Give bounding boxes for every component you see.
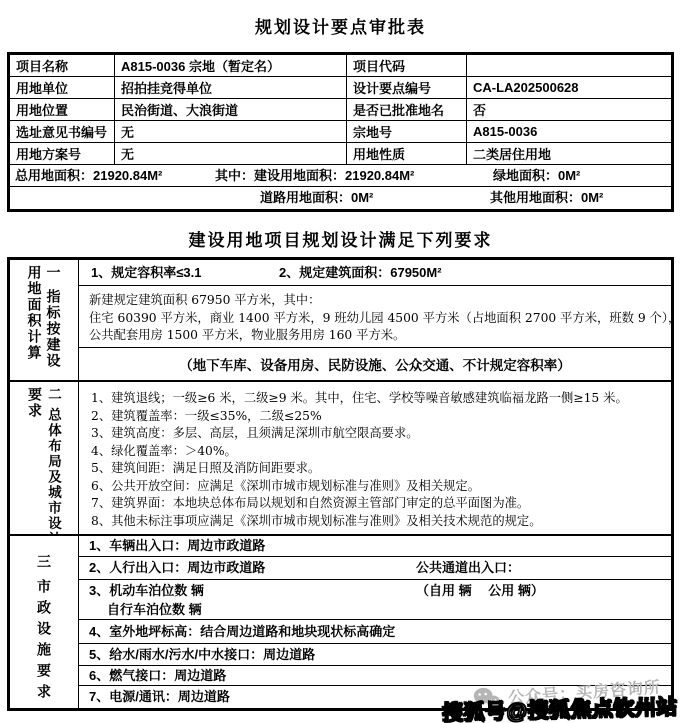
row-label: 项目名称 (10, 55, 115, 76)
row-text: 6、燃气接口：周边道路 (89, 666, 226, 685)
plot-ratio: 1、规定容积率≤3.1 (91, 260, 201, 285)
section-2-header-side: 要求 (27, 387, 43, 419)
water-interface-row: 5、给水/雨水/污水/中水接口：周边道路 (79, 644, 671, 666)
page-title: 规划设计要点审批表 (0, 0, 681, 38)
section-number: 三 (36, 554, 52, 575)
document-page: 规划设计要点审批表 项目名称 A815-0036 宗地（暂定名） 项目代码 用地… (0, 0, 681, 723)
other-area: 其他用地面积：0M² (490, 187, 603, 208)
row-value: 二类居住用地 (467, 143, 671, 164)
requirements-table: 用地面积计算 一指标按建设 1、规定容积率≤3.1 2、规定建筑面积：67950… (7, 257, 674, 711)
row-value: 民治街道、大浪街道 (115, 99, 347, 120)
table-row: 用地位置 民治街道、大浪街道 是否已批准地名 否 (10, 99, 671, 121)
requirement-line: 2、建筑覆盖率：一级≤35%，二级≤25% (91, 408, 659, 426)
row-text: 7、电源/通讯：周边道路 (89, 686, 230, 707)
pedestrian-entrance-row: 2、人行出入口：周边市政道路 公共通道出入口： (79, 557, 671, 580)
row-text: 1、车辆出入口：周边市政道路 (89, 536, 265, 556)
row-label: 用地单位 (10, 77, 115, 98)
row-label: 宗地号 (347, 121, 467, 142)
row-value: 否 (467, 99, 671, 120)
section-2-header-main: 二总体布局及城市设计 (46, 387, 61, 534)
section-2-body: 1、建筑退线；一级≥6 米，二级≥9 米。其中，住宅、学校等噪音敏感建筑临福龙路… (79, 382, 671, 534)
row-value: A815-0036 (467, 121, 671, 142)
table-row: 选址意见书编号 无 宗地号 A815-0036 (10, 121, 671, 143)
project-info-table: 项目名称 A815-0036 宗地（暂定名） 项目代码 用地单位 招拍挂竞得单位… (7, 52, 674, 212)
row-value: 招拍挂竞得单位 (115, 77, 347, 98)
row-label: 设计要点编号 (347, 77, 467, 98)
detail-line: 新建规定建筑面积 67950 平方米，其中： (89, 292, 661, 310)
row-value (467, 55, 671, 76)
total-area: 总用地面积：21920.84M² (15, 165, 162, 186)
row-label: 选址意见书编号 (10, 121, 115, 142)
construction-area: 其中：建设用地面积：21920.84M² (215, 165, 414, 186)
section-layout-urban-design: 要求 二总体布局及城市设计 1、建筑退线；一级≥6 米，二级≥9 米。其中，住宅… (10, 382, 671, 536)
requirement-line: 3、建筑高度：多层、高层，且须满足深圳市航空限高要求。 (91, 425, 659, 443)
green-area: 绿地面积：0M² (493, 165, 580, 186)
requirement-line: 6、公共开放空间：应满足《深圳市城市规划标准与准则》及相关规定。 (91, 478, 659, 496)
exclusion-note: （地下车库、设备用房、民防设施、公众交通、不计规定容积率） (79, 348, 671, 380)
table-row: 用地单位 招拍挂竞得单位 设计要点编号 CA-LA202500628 (10, 77, 671, 99)
row-value: A815-0036 宗地（暂定名） (115, 55, 347, 76)
row-text: 3、机动车泊位数 辆 (89, 581, 204, 601)
building-area-detail: 新建规定建筑面积 67950 平方米，其中： 住宅 60390 平方米，商业 1… (79, 286, 671, 348)
row-extra: （自用 辆 公用 辆） (416, 581, 544, 601)
row-text: 4、室外地坪标高：结合周边道路和地块现状标高确定 (89, 620, 395, 643)
requirement-line: 5、建筑间距：满足日照及消防间距要求。 (91, 460, 659, 478)
requirements-title: 建设用地项目规划设计满足下列要求 (0, 226, 681, 251)
row-label: 用地位置 (10, 99, 115, 120)
ground-elevation-row: 4、室外地坪标高：结合周边道路和地块现状标高确定 (79, 620, 671, 644)
row-text: 5、给水/雨水/污水/中水接口：周边道路 (89, 644, 315, 665)
section-label: 指标按建设 (46, 289, 62, 369)
table-row: 项目名称 A815-0036 宗地（暂定名） 项目代码 (10, 55, 671, 77)
row-label: 用地方案号 (10, 143, 115, 164)
section-1-header-main: 一指标按建设 (46, 265, 62, 369)
row-value: 无 (115, 143, 347, 164)
parking-row: 3、机动车泊位数 辆 （自用 辆 公用 辆） 自行车泊位数 辆 (79, 580, 671, 620)
table-row: 用地方案号 无 用地性质 二类居住用地 (10, 143, 671, 165)
row-label: 用地性质 (347, 143, 467, 164)
row-label: 项目代码 (347, 55, 467, 76)
row-subtext: 自行车泊位数 辆 (107, 600, 202, 620)
requirement-line: 1、建筑退线；一级≥6 米，二级≥9 米。其中，住宅、学校等噪音敏感建筑临福龙路… (91, 390, 659, 408)
section-1-body: 1、规定容积率≤3.1 2、规定建筑面积：67950M² 新建规定建筑面积 67… (79, 260, 671, 380)
row-label: 是否已批准地名 (347, 99, 467, 120)
section-label: 市政设施要求 (36, 579, 52, 705)
row-extra: 公共通道出入口： (416, 557, 520, 579)
row-value: 无 (115, 121, 347, 142)
section-number: 二 (46, 387, 61, 403)
section-number: 一 (46, 265, 62, 281)
sohu-watermark: 搜狐号@搜狐焦点钦州站 (442, 691, 679, 723)
section-3-header: 三市政设施要求 (10, 536, 79, 708)
vehicle-entrance-row: 1、车辆出入口：周边市政道路 (79, 536, 671, 557)
area-row-1: 总用地面积：21920.84M² 其中：建设用地面积：21920.84M² 绿地… (10, 165, 671, 187)
row-text: 2、人行出入口：周边市政道路 (89, 557, 265, 579)
section-2-header: 要求 二总体布局及城市设计 (10, 382, 79, 534)
section-1-header: 用地面积计算 一指标按建设 (10, 260, 79, 380)
row-value: CA-LA202500628 (467, 77, 671, 98)
section-land-area-indicators: 用地面积计算 一指标按建设 1、规定容积率≤3.1 2、规定建筑面积：67950… (10, 260, 671, 382)
building-area: 2、规定建筑面积：67950M² (279, 260, 442, 285)
section-3-header-main: 三市政设施要求 (34, 554, 54, 705)
plot-ratio-row: 1、规定容积率≤3.1 2、规定建筑面积：67950M² (79, 260, 671, 286)
requirement-line: 8、其他未标注事项应满足《深圳市城市规划标准与准则》及相关技术规范的规定。 (91, 513, 659, 531)
detail-line: 公共配套用房 1500 平方米，物业服务用房 160 平方米。 (89, 327, 661, 345)
road-area: 道路用地面积：0M² (260, 187, 373, 208)
requirement-line: 4、绿化覆盖率：＞40%。 (91, 443, 659, 461)
section-label: 总体布局及城市设计 (46, 408, 61, 535)
section-1-header-side: 用地面积计算 (27, 265, 43, 361)
detail-line: 住宅 60390 平方米，商业 1400 平方米，9 班幼儿园 4500 平方米… (89, 310, 661, 328)
area-row-2: 道路用地面积：0M² 其他用地面积：0M² (10, 187, 671, 209)
requirement-line: 7、建筑界面：本地块总体布局以规划和自然资源主管部门审定的总平面图为准。 (91, 495, 659, 513)
